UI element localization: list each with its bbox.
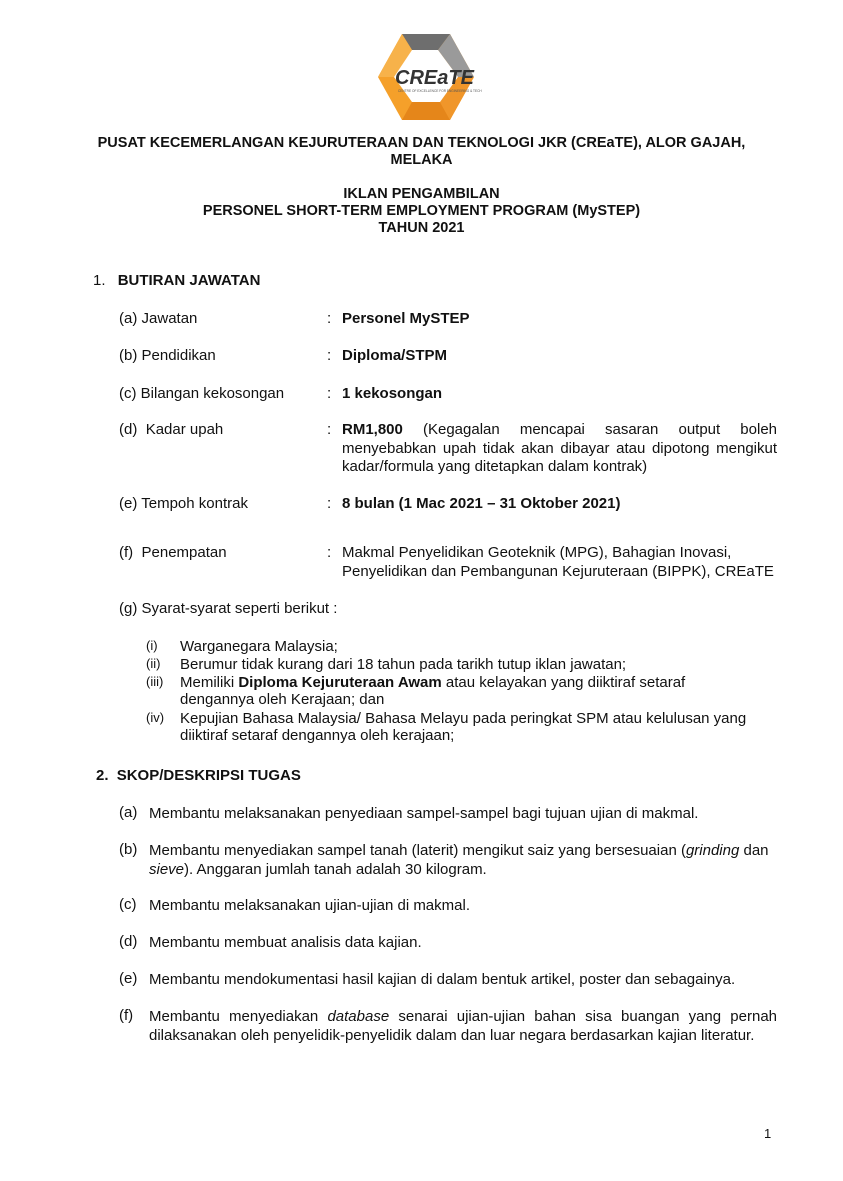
requirement-item: (iii) Memiliki Diploma Kejuruteraan Awam… bbox=[0, 674, 843, 710]
create-logo: CREaTE CENTRE OF EXCELLENCE FOR ENGINEER… bbox=[372, 30, 482, 124]
requirements-heading: (g) Syarat-syarat seperti berikut : bbox=[119, 600, 337, 617]
page-number: 1 bbox=[764, 1126, 771, 1141]
field-tempoh-kontrak: (e) Tempoh kontrak : 8 bulan (1 Mac 2021… bbox=[0, 495, 843, 515]
requirement-item: (i) Warganegara Malaysia; bbox=[0, 638, 843, 656]
field-kadar-upah: (d) Kadar upah : RM1,800 (Kegagalan menc… bbox=[0, 421, 843, 481]
field-jawatan: (a) Jawatan : Personel MySTEP bbox=[0, 310, 843, 330]
requirement-item: (ii) Berumur tidak kurang dari 18 tahun … bbox=[0, 656, 843, 674]
requirement-item: (iv) Kepujian Bahasa Malaysia/ Bahasa Me… bbox=[0, 710, 843, 746]
svg-text:CREaTE: CREaTE bbox=[395, 67, 475, 89]
field-bilangan-kekosongan: (c) Bilangan kekosongan : 1 kekosongan bbox=[0, 385, 843, 405]
task-item: (a) Membantu melaksanakan penyediaan sam… bbox=[0, 804, 843, 824]
document-title: IKLAN PENGAMBILAN PERSONEL SHORT-TERM EM… bbox=[0, 186, 843, 237]
field-pendidikan: (b) Pendidikan : Diploma/STPM bbox=[0, 347, 843, 367]
organization-name: PUSAT KECEMERLANGAN KEJURUTERAAN DAN TEK… bbox=[0, 135, 843, 169]
task-item: (e) Membantu mendokumentasi hasil kajian… bbox=[0, 970, 843, 990]
section-1-heading: 1. BUTIRAN JAWATAN bbox=[93, 272, 260, 289]
section-2-heading: 2. SKOP/DESKRIPSI TUGAS bbox=[96, 767, 301, 784]
task-item: (c) Membantu melaksanakan ujian-ujian di… bbox=[0, 896, 843, 916]
task-item: (d) Membantu membuat analisis data kajia… bbox=[0, 933, 843, 953]
hexagon-logo-icon: CREaTE CENTRE OF EXCELLENCE FOR ENGINEER… bbox=[372, 30, 482, 124]
svg-text:CENTRE OF EXCELLENCE FOR ENGIN: CENTRE OF EXCELLENCE FOR ENGINEERING & T… bbox=[398, 89, 482, 93]
task-item: (f) Membantu menyediakan database senara… bbox=[0, 1007, 843, 1067]
task-item: (b) Membantu menyediakan sampel tanah (l… bbox=[0, 841, 843, 881]
field-penempatan: (f) Penempatan : Makmal Penyelidikan Geo… bbox=[0, 544, 843, 584]
